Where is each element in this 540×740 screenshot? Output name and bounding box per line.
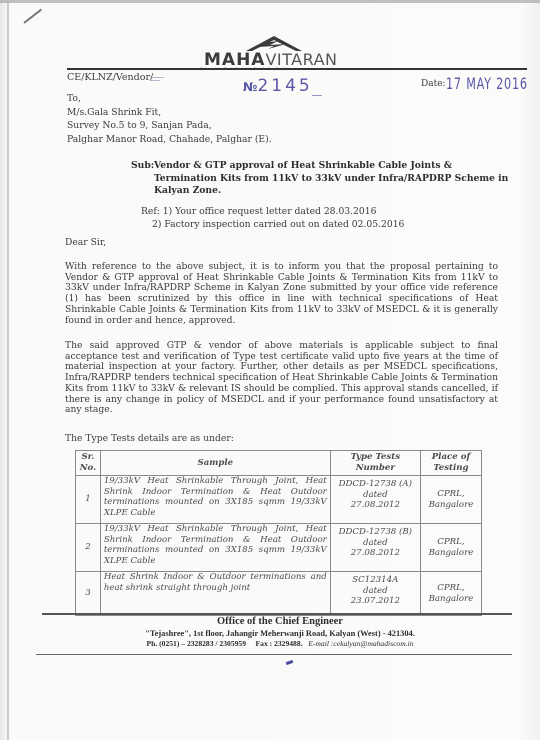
footer-contact: Ph. (0251) – 2328283 / 2305959 Fax : 232… (60, 639, 500, 649)
cell-type-test-number: DDCD-12738 (B)dated27.08.2012 (330, 524, 420, 572)
cell-place-of-testing: CPRL,Bangalore (420, 476, 481, 524)
recipient-line: M/s.Gala Shrink Fit, (67, 106, 272, 120)
pen-mark (23, 9, 42, 24)
cell-place-of-testing: CPRL,Bangalore (420, 524, 481, 572)
footer-divider-bottom (36, 654, 512, 655)
scanned-letter-page: MAHAVITARAN Maharashtra State Electricit… (0, 0, 540, 740)
recipient-address: To, M/s.Gala Shrink Fit, Survey No.5 to … (67, 92, 272, 146)
date-stamp: 17 MAY 2016 (446, 74, 528, 93)
salutation: Dear Sir, (65, 237, 106, 248)
recipient-line: Palghar Manor Road, Chahade, Palghar (E)… (67, 133, 272, 147)
subject-text: Vendor & GTP approval of Heat Shrinkable… (154, 160, 511, 198)
footer-phone: Ph. (0251) – 2328283 / 2305959 (146, 639, 246, 648)
subject-block: Sub: Vendor & GTP approval of Heat Shrin… (131, 160, 511, 198)
header-divider (67, 68, 527, 70)
cell-sr-no: 3 (76, 572, 101, 616)
cell-place-of-testing: CPRL,Bangalore (420, 572, 481, 616)
subject-label: Sub: (131, 160, 154, 173)
date-label: Date: (421, 79, 446, 89)
ink-mark (312, 95, 322, 96)
header-place-of-testing: Place ofTesting (420, 451, 481, 476)
scan-left-edge (7, 0, 9, 740)
header-sr-no: Sr.No. (76, 451, 101, 476)
footer-email: E-mail :cekalyan@mahadiscom.in (308, 639, 413, 648)
references-block: Ref: 1) Your office request letter dated… (141, 206, 404, 231)
recipient-line: Survey No.5 to 9, Sanjan Pada, (67, 119, 272, 133)
cell-sample: 19/33kV Heat Shrinkable Through Joint, H… (100, 476, 330, 524)
table-header-row: Sr.No. Sample Type TestsNumber Place ofT… (76, 451, 482, 476)
type-tests-table: Sr.No. Sample Type TestsNumber Place ofT… (75, 450, 482, 616)
cell-sr-no: 1 (76, 476, 101, 524)
table-row: 3 Heat Shrink Indoor & Outdoor terminati… (76, 572, 482, 616)
body-paragraph-2: The said approved GTP & vendor of above … (65, 341, 498, 416)
cell-sample: 19/33kV Heat Shrinkable Through Joint, H… (100, 524, 330, 572)
cell-sample: Heat Shrink Indoor & Outdoor termination… (100, 572, 330, 616)
cell-sr-no: 2 (76, 524, 101, 572)
letter-footer: Office of the Chief Engineer "Tejashree"… (60, 616, 500, 649)
mahavitaran-logo: MAHAVITARAN Maharashtra State Electricit… (196, 36, 366, 76)
cell-type-test-number: SC12314Adated23.07.2012 (330, 572, 420, 616)
footer-office: Office of the Chief Engineer (60, 616, 500, 628)
reference-number: CE/KLNZ/Vendor/ (67, 72, 153, 83)
ink-mark (150, 80, 160, 81)
table-row: 2 19/33kV Heat Shrinkable Through Joint,… (76, 524, 482, 572)
footer-divider-top (42, 613, 512, 615)
ink-mark (150, 77, 164, 78)
footer-fax: Fax : 2329488. (256, 639, 303, 648)
ink-tick-mark (286, 660, 294, 665)
footer-address: "Tejashree", 1st floor, Jahangir Meherwa… (60, 628, 500, 639)
scan-top-edge (0, 0, 540, 3)
reference-line: Ref: 1) Your office request letter dated… (141, 206, 404, 219)
body-paragraph-1: With reference to the above subject, it … (65, 262, 498, 326)
reference-line: 2) Factory inspection carried out on dat… (141, 219, 404, 232)
header-type-tests-number: Type TestsNumber (330, 451, 420, 476)
cell-type-test-number: DDCD-12738 (A)dated27.08.2012 (330, 476, 420, 524)
type-tests-intro: The Type Tests details are as under: (65, 433, 234, 444)
to-label: To, (67, 92, 272, 106)
table-row: 1 19/33kV Heat Shrinkable Through Joint,… (76, 476, 482, 524)
header-sample: Sample (100, 451, 330, 476)
